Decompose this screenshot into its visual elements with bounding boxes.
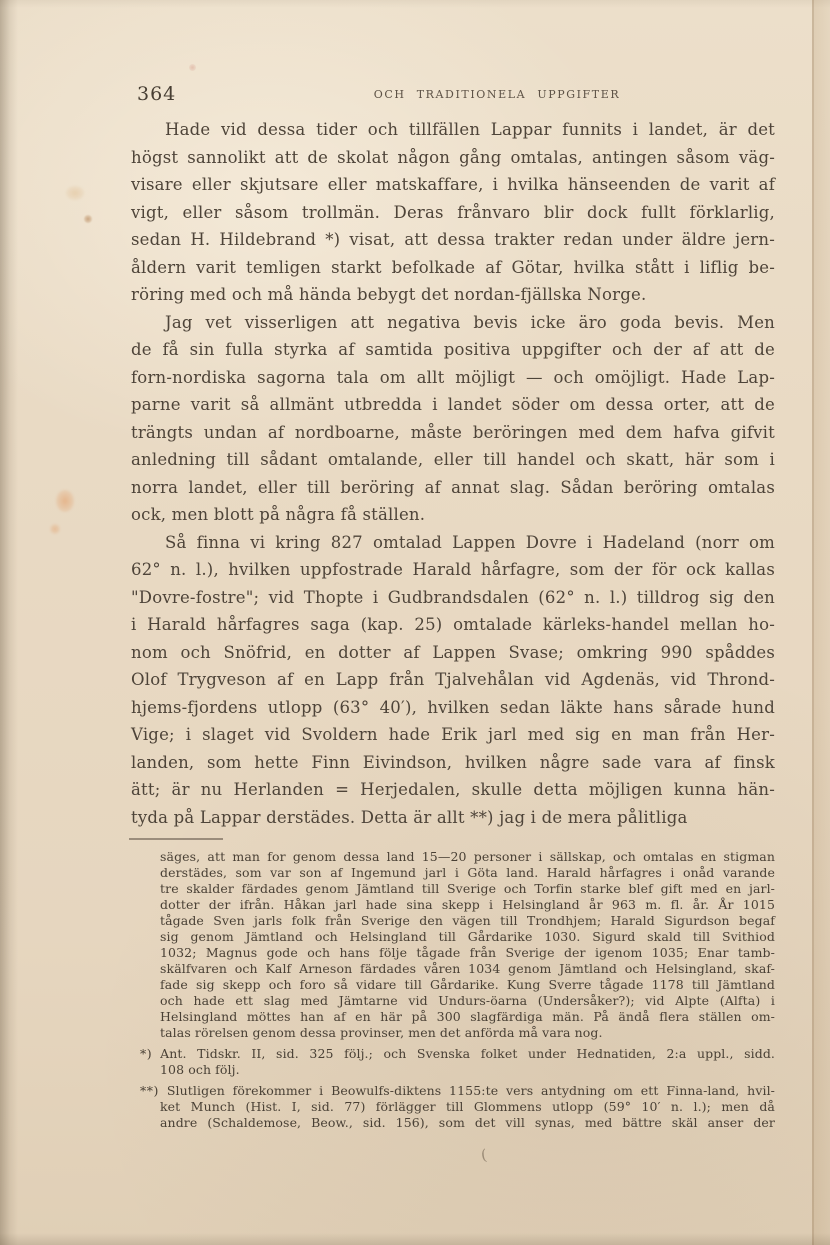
body-text: Hade vid dessa tider och tillfällen Lapp…: [131, 116, 775, 831]
text-line: nom och Snöfrid, en dotter af Lappen Sva…: [131, 639, 775, 667]
text-line: norra landet, eller till beröring af ann…: [131, 474, 775, 502]
page-binding-shadow: [0, 0, 18, 1245]
footnote: **)Slutligen förekommer i Beowulfs-dikte…: [131, 1083, 775, 1131]
text-line: andre (Schaldemose, Beow., sid. 156), so…: [131, 1115, 775, 1131]
text-line: Olof Trygveson af en Lapp från Tjalvehål…: [131, 666, 775, 694]
footnote-continuation: säges, att man for genom dessa land 15—2…: [131, 849, 775, 1041]
page-bottom-shadow: [0, 1233, 830, 1245]
page-number: 364: [137, 83, 176, 105]
text-line: säges, att man for genom dessa land 15—2…: [131, 849, 775, 865]
text-line: Jag vet visserligen att negativa bevis i…: [131, 309, 775, 337]
page-right-edge: [814, 0, 830, 1245]
text-line: vigt, eller såsom trollmän. Deras frånva…: [131, 199, 775, 227]
text-line: *)Ant. Tidskr. II, sid. 325 följ.; och S…: [131, 1046, 775, 1062]
text-line: sedan H. Hildebrand *) visat, att dessa …: [131, 226, 775, 254]
text-line: "Dovre-fostre"; vid Thopte i Gudbrandsda…: [131, 584, 775, 612]
text-line: röring med och må hända bebygt det norda…: [131, 281, 775, 309]
paragraph: Så finna vi kring 827 omtalad Lappen Dov…: [131, 529, 775, 832]
text-line: ket Munch (Hist. I, sid. 77) förlägger t…: [131, 1099, 775, 1115]
text-line: fade sig skepp och foro så vidare till G…: [131, 977, 775, 993]
paper-stain: [189, 64, 196, 71]
text-line: Vige; i slaget vid Svoldern hade Erik ja…: [131, 721, 775, 749]
text-line: trängts undan af nordboarne, måste berör…: [131, 419, 775, 447]
text-line: i Harald hårfagres saga (kap. 25) omtala…: [131, 611, 775, 639]
text-line: derstädes, som var son af Ingemund jarl …: [131, 865, 775, 881]
book-page: 364 OCH TRADITIONELA UPPGIFTER Hade vid …: [0, 0, 830, 1245]
text-line: forn-nordiska sagorna tala om allt möjli…: [131, 364, 775, 392]
paragraph: Jag vet visserligen att negativa bevis i…: [131, 309, 775, 529]
text-line: 1032; Magnus gode och hans följe tågade …: [131, 945, 775, 961]
text-line: tyda på Lappar derstädes. Detta är allt …: [131, 804, 775, 832]
paper-stain: [84, 215, 92, 223]
paper-stain: [66, 186, 84, 200]
text-line: ätt; är nu Herlanden = Herjedalen, skull…: [131, 776, 775, 804]
footnote-marker: *): [140, 1046, 152, 1061]
text-line: och hade ett slag med Jämtarne vid Undur…: [131, 993, 775, 1009]
text-line: de få sin fulla styrka af samtida positi…: [131, 336, 775, 364]
footnotes: säges, att man for genom dessa land 15—2…: [131, 849, 775, 1131]
footnote-separator: [129, 838, 223, 840]
text-line: parne varit så allmänt utbredda i landet…: [131, 391, 775, 419]
footnote-marker: **): [140, 1083, 159, 1098]
text-line: 62° n. l.), hvilken uppfostrade Harald h…: [131, 556, 775, 584]
text-line: tre skalder färdades genom Jämtland till…: [131, 881, 775, 897]
text-line: dotter der ifrån. Håkan jarl hade sina s…: [131, 897, 775, 913]
text-line: ock, men blott på några få ställen.: [131, 501, 775, 529]
text-line: anledning till sådant omtalande, eller t…: [131, 446, 775, 474]
text-line: skälfvaren och Kalf Arneson färdades vår…: [131, 961, 775, 977]
text-line: visare eller skjutsare eller matskaffare…: [131, 171, 775, 199]
text-line: Hade vid dessa tider och tillfällen Lapp…: [131, 116, 775, 144]
text-line: åldern varit temligen starkt befolkade a…: [131, 254, 775, 282]
pen-mark: (: [480, 1146, 488, 1165]
text-line: 108 och följ.: [131, 1062, 775, 1078]
footnote: *)Ant. Tidskr. II, sid. 325 följ.; och S…: [131, 1046, 775, 1078]
text-line: hjems-fjordens utlopp (63° 40′), hvilken…: [131, 694, 775, 722]
text-line: högst sannolikt att de skolat någon gång…: [131, 144, 775, 172]
page-top-shadow: [0, 0, 830, 8]
paragraph: Hade vid dessa tider och tillfällen Lapp…: [131, 116, 775, 309]
running-title: OCH TRADITIONELA UPPGIFTER: [374, 88, 620, 101]
text-line: tågade Sven jarls folk från Sverige den …: [131, 913, 775, 929]
text-line: Helsingland möttes han af en här på 300 …: [131, 1009, 775, 1025]
text-line: landen, som hette Finn Eivindson, hvilke…: [131, 749, 775, 777]
text-line: Så finna vi kring 827 omtalad Lappen Dov…: [131, 529, 775, 557]
paper-stain: [56, 490, 74, 512]
paper-stain: [50, 524, 60, 534]
text-line: **)Slutligen förekommer i Beowulfs-dikte…: [131, 1083, 775, 1099]
text-line: sig genom Jämtland och Helsingland till …: [131, 929, 775, 945]
text-line: talas rörelsen genom dessa provinser, me…: [131, 1025, 775, 1041]
